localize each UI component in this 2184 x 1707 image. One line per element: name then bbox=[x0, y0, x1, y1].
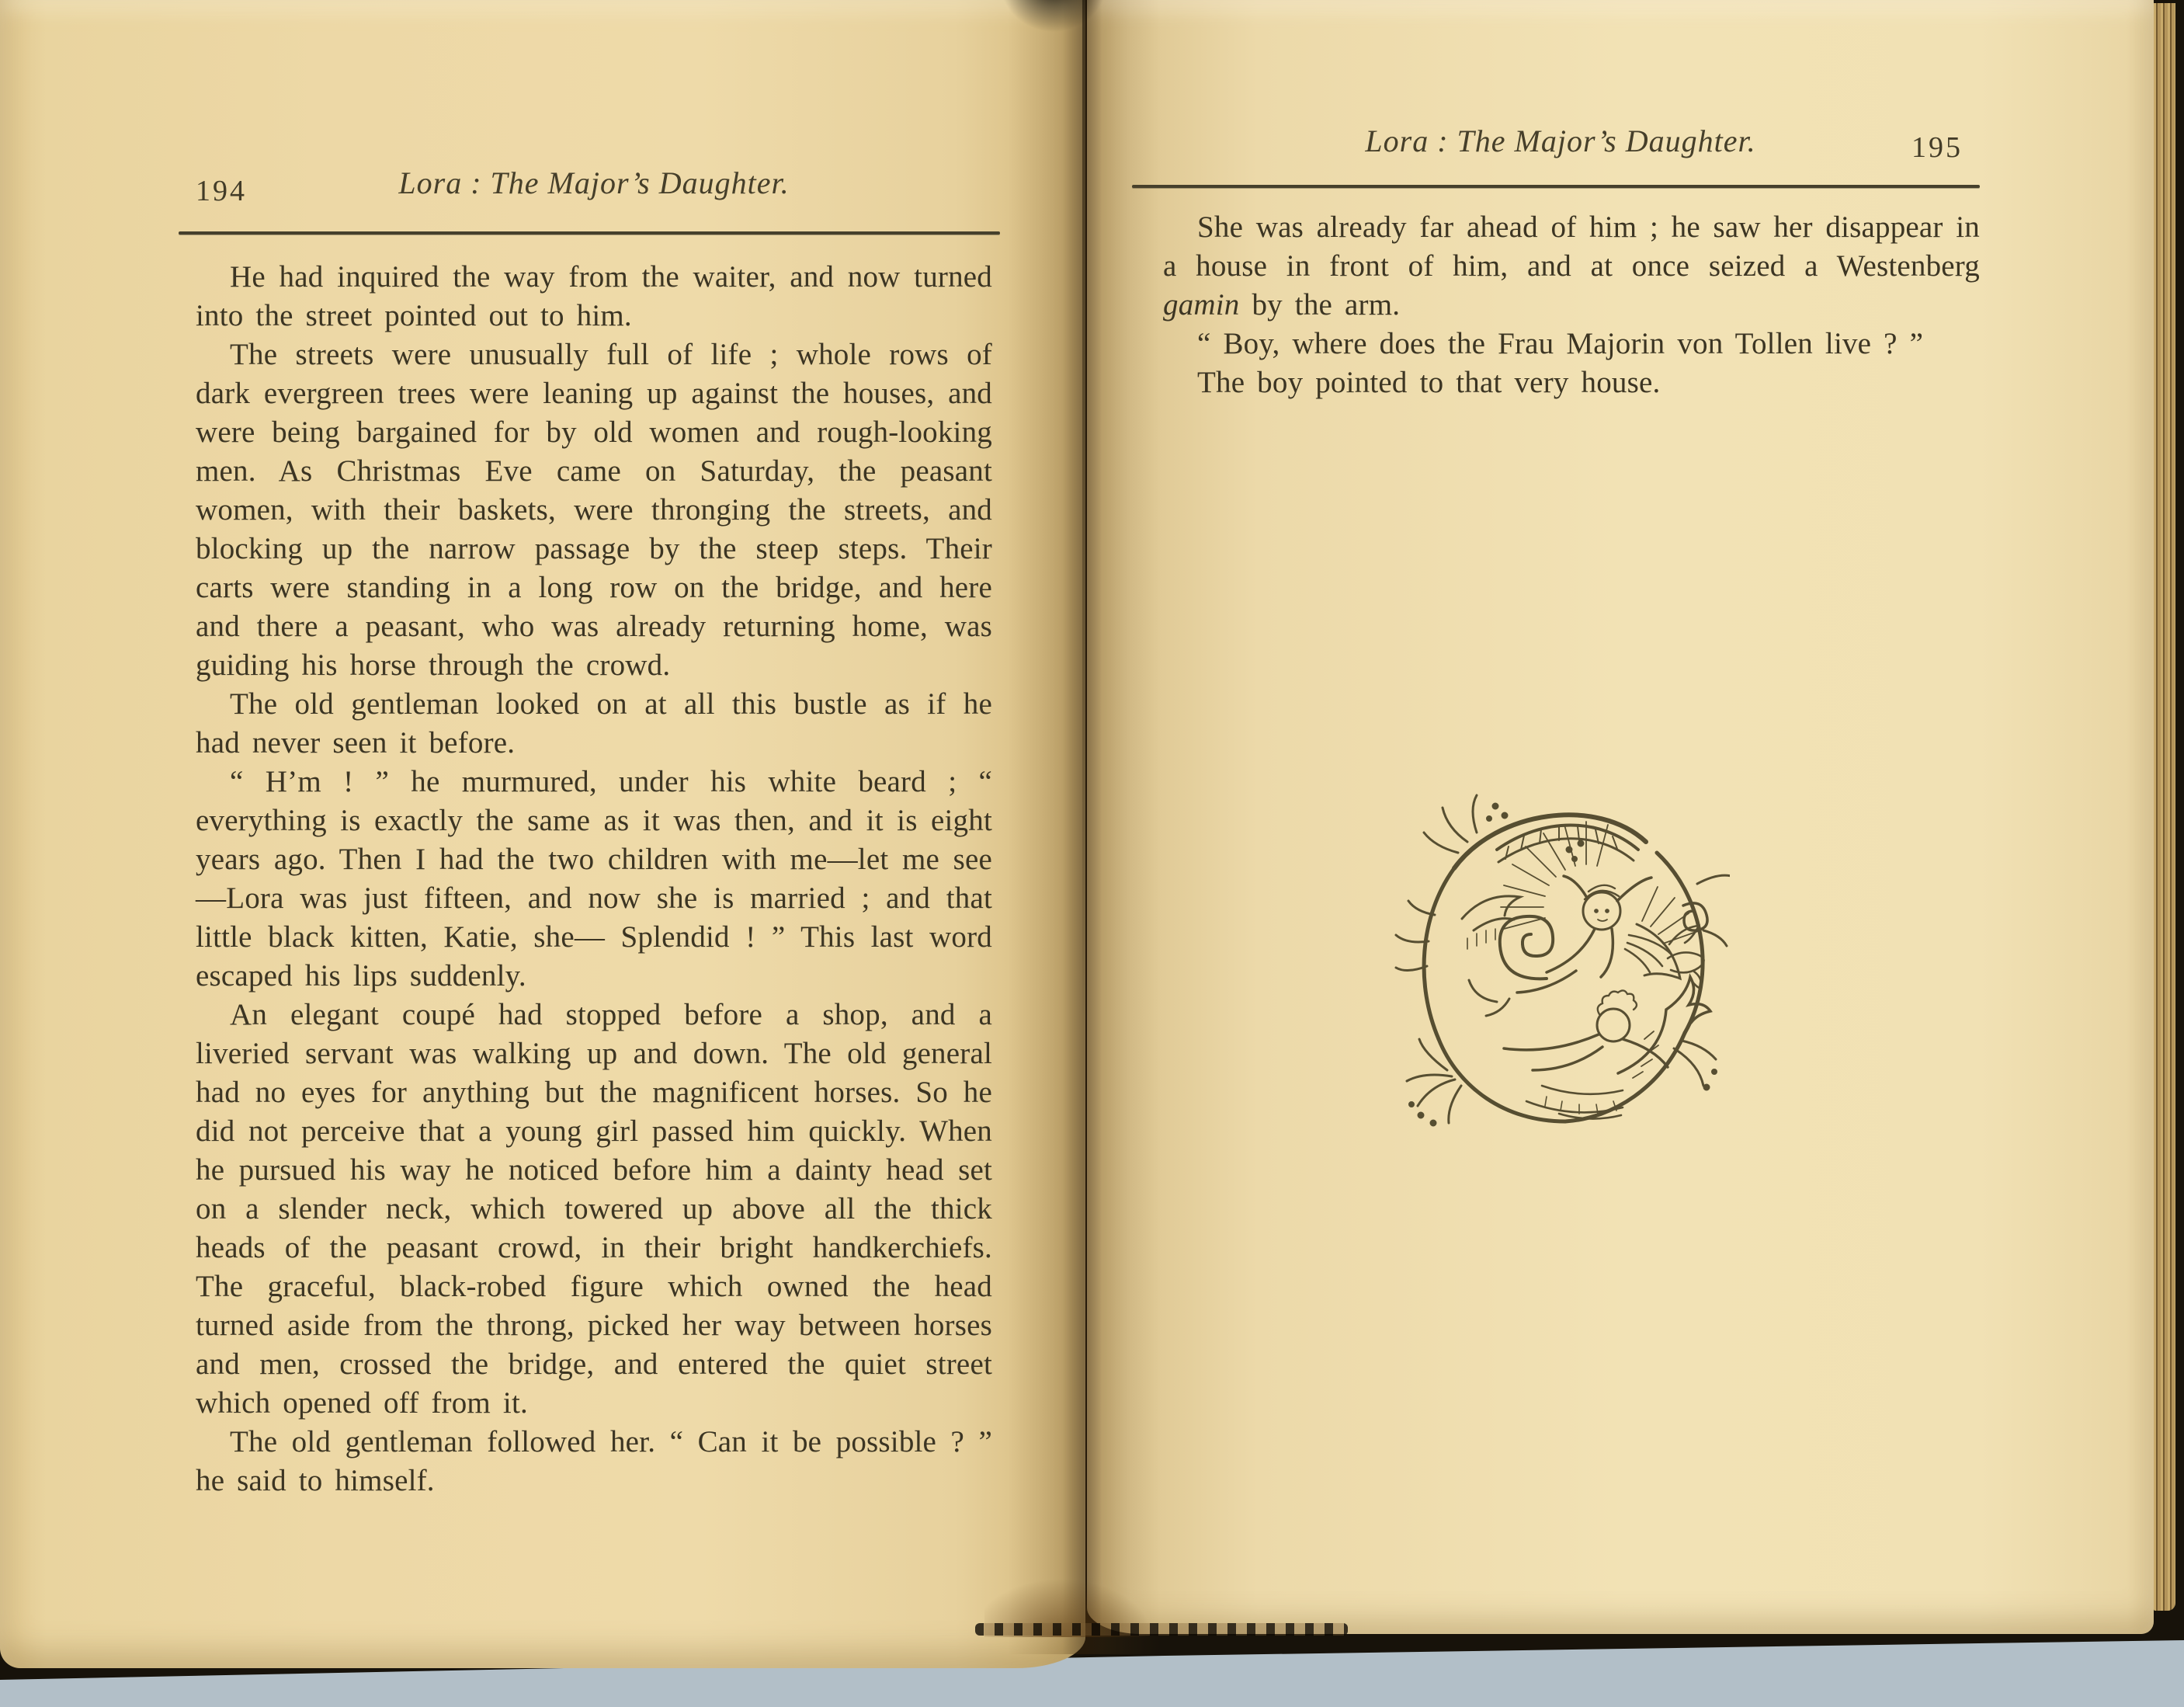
running-title-right: Lora : The Major’s Daughter. bbox=[1141, 123, 1980, 159]
paragraph: The boy pointed to that very house. bbox=[1163, 363, 1980, 402]
paragraph: He had inquired the way from the waiter,… bbox=[196, 258, 992, 335]
paragraph: “ Boy, where does the Frau Majorin von T… bbox=[1163, 325, 1980, 363]
header-rule-right bbox=[1132, 185, 1980, 188]
paragraph: “ H’m ! ” he murmured, under his white b… bbox=[196, 763, 992, 996]
scanner-background: 194 Lora : The Major’s Daughter. He had … bbox=[0, 0, 2184, 1707]
paragraph: The old gentleman followed her. “ Can it… bbox=[196, 1423, 992, 1500]
page-number-right: 195 bbox=[1911, 130, 1963, 165]
page-right-text: She was already far ahead of him ; he sa… bbox=[1163, 208, 1980, 402]
paragraph: The streets were unusually full of life … bbox=[196, 335, 992, 685]
page-edge-stack bbox=[2154, 3, 2175, 1611]
page-left-text: He had inquired the way from the waiter,… bbox=[196, 258, 992, 1500]
cherub-waves-engraving-ornament bbox=[1380, 775, 1730, 1140]
paragraph: An elegant coupé had stopped before a sh… bbox=[196, 996, 992, 1423]
paragraph: The old gentleman looked on at all this … bbox=[196, 685, 992, 763]
binding-stitches bbox=[975, 1623, 1348, 1636]
page-left: 194 Lora : The Major’s Daughter. He had … bbox=[0, 0, 1085, 1668]
header-rule-left bbox=[179, 231, 1000, 235]
running-title-left: Lora : The Major’s Daughter. bbox=[194, 165, 994, 201]
paragraph: She was already far ahead of him ; he sa… bbox=[1163, 208, 1980, 325]
